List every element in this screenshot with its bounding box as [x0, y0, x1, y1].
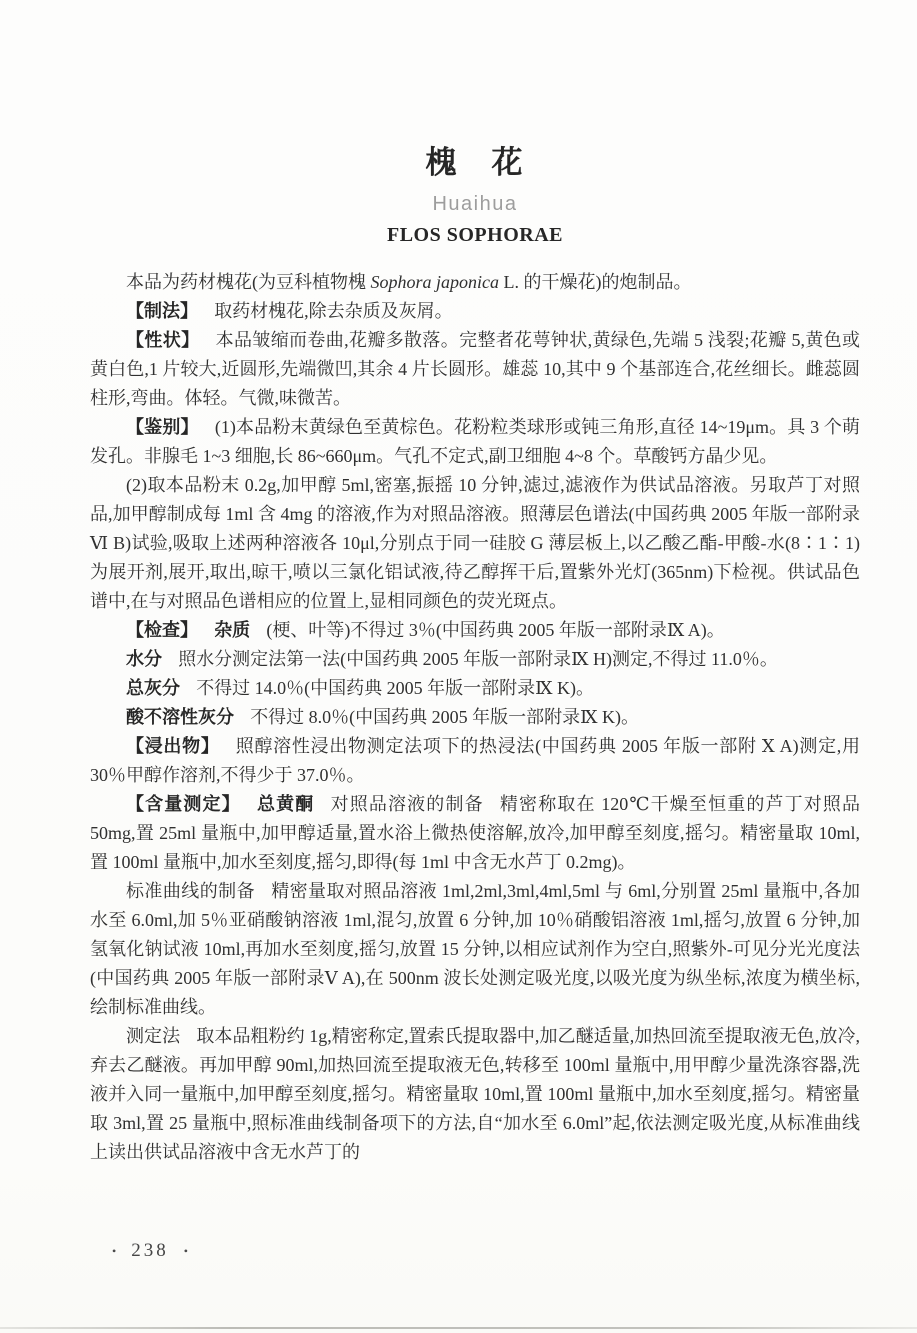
examination-item-text: 不得过 8.0％(中国药典 2005 年版一部附录Ⅸ K)。	[250, 707, 639, 727]
intro-prefix: 本品为药材槐花(为豆科植物槐	[126, 272, 371, 292]
assay-method-heading: 测定法	[126, 1026, 180, 1046]
examination-item-text: (梗、叶等)不得过 3％(中国药典 2005 年版一部附录Ⅸ A)。	[266, 620, 724, 640]
section-identification-item2: (2)取本品粉末 0.2g,加甲醇 5ml,密塞,振摇 10 分钟,滤过,滤液作…	[90, 471, 860, 616]
scan-edge-line	[0, 1327, 917, 1329]
document-page: 槐 花 Huaihua FLOS SOPHORAE 本品为药材槐花(为豆科植物槐…	[0, 0, 917, 1333]
examination-item-name: 酸不溶性灰分	[126, 707, 234, 727]
preparation-text: 取药材槐花,除去杂质及灰屑。	[214, 301, 453, 321]
page-title-pinyin: Huaihua	[90, 193, 860, 215]
page-title-latin: FLOS SOPHORAE	[90, 224, 860, 247]
section-examination-impurity: 【检查】杂质(梗、叶等)不得过 3％(中国药典 2005 年版一部附录Ⅸ A)。	[90, 616, 860, 645]
assay-method-text: 取本品粗粉约 1g,精密称定,置索氏提取器中,加乙醚适量,加热回流至提取液无色,…	[90, 1026, 860, 1162]
footer-dot-left: •	[112, 1245, 116, 1257]
assay-analyte: 总黄酮	[257, 794, 314, 814]
section-identification-item1: 【鉴别】(1)本品粉末黄绿色至黄棕色。花粉粒类球形或钝三角形,直径 14~19μ…	[90, 413, 860, 471]
examination-item-text: 照水分测定法第一法(中国药典 2005 年版一部附录Ⅸ H)测定,不得过 11.…	[178, 649, 778, 669]
assay-std-curve-text: 精密量取对照品溶液 1ml,2ml,3ml,4ml,5ml 与 6ml,分别置 …	[90, 881, 860, 1017]
examination-item-text: 不得过 14.0％(中国药典 2005 年版一部附录Ⅸ K)。	[196, 678, 594, 698]
section-assay-reference-solution: 【含量测定】总黄酮对照品溶液的制备精密称取在 120℃干燥至恒重的芦丁对照品 5…	[90, 790, 860, 877]
intro-suffix: L. 的干燥花)的炮制品。	[499, 272, 692, 292]
latin-binomial: Sophora japonica	[371, 272, 500, 292]
identification-text-2: (2)取本品粉末 0.2g,加甲醇 5ml,密塞,振摇 10 分钟,滤过,滤液作…	[90, 475, 860, 611]
section-assay-method: 测定法取本品粗粉约 1g,精密称定,置索氏提取器中,加乙醚适量,加热回流至提取液…	[90, 1022, 860, 1167]
page-number: 238	[131, 1240, 169, 1262]
section-properties: 【性状】本品皱缩而卷曲,花瓣多散落。完整者花萼钟状,黄绿色,先端 5 浅裂;花瓣…	[90, 326, 860, 413]
section-examination-acid-insoluble-ash: 酸不溶性灰分不得过 8.0％(中国药典 2005 年版一部附录Ⅸ K)。	[90, 703, 860, 732]
page-header: 槐 花 Huaihua FLOS SOPHORAE	[90, 146, 860, 247]
assay-ref-solution-heading: 对照品溶液的制备	[331, 794, 484, 814]
section-examination-water: 水分照水分测定法第一法(中国药典 2005 年版一部附录Ⅸ H)测定,不得过 1…	[90, 645, 860, 674]
examination-item-name: 水分	[126, 649, 162, 669]
examination-item-name: 杂质	[214, 620, 250, 640]
section-preparation: 【制法】取药材槐花,除去杂质及灰屑。	[90, 297, 860, 326]
page-footer: • 238 •	[112, 1240, 188, 1262]
paragraph-intro: 本品为药材槐花(为豆科植物槐 Sophora japonica L. 的干燥花)…	[90, 268, 860, 297]
properties-label: 【性状】	[126, 330, 199, 350]
identification-label: 【鉴别】	[126, 417, 199, 437]
identification-text-1: (1)本品粉末黄绿色至黄棕色。花粉粒类球形或钝三角形,直径 14~19μm。具 …	[90, 417, 860, 466]
page-title: 槐 花	[90, 146, 860, 180]
section-assay-standard-curve: 标准曲线的制备精密量取对照品溶液 1ml,2ml,3ml,4ml,5ml 与 6…	[90, 877, 860, 1022]
preparation-label: 【制法】	[126, 301, 198, 321]
section-extractives: 【浸出物】照醇溶性浸出物测定法项下的热浸法(中国药典 2005 年版一部附 Ⅹ …	[90, 732, 860, 790]
assay-std-curve-heading: 标准曲线的制备	[126, 881, 255, 901]
extractives-label: 【浸出物】	[126, 736, 220, 756]
examination-item-name: 总灰分	[126, 678, 180, 698]
footer-dot-right: •	[184, 1245, 188, 1257]
properties-text: 本品皱缩而卷曲,花瓣多散落。完整者花萼钟状,黄绿色,先端 5 浅裂;花瓣 5,黄…	[90, 330, 860, 408]
assay-label: 【含量测定】	[126, 794, 241, 814]
document-body: 本品为药材槐花(为豆科植物槐 Sophora japonica L. 的干燥花)…	[90, 268, 860, 1167]
examination-label: 【检查】	[126, 620, 198, 640]
section-examination-total-ash: 总灰分不得过 14.0％(中国药典 2005 年版一部附录Ⅸ K)。	[90, 674, 860, 703]
